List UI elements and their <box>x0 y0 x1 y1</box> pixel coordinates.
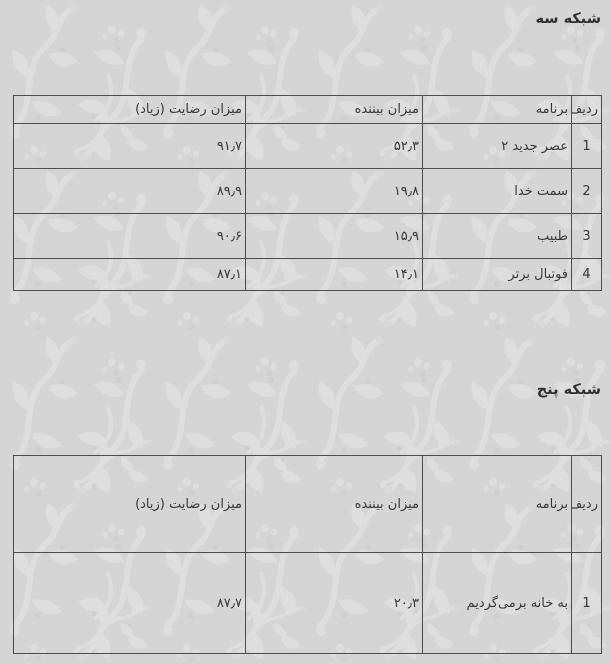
cell-viewers: ۲۰٫۳ <box>246 553 423 654</box>
cell-satisfaction: ۹۱٫۷ <box>14 124 246 169</box>
table-row: 2 سمت خدا ۱۹٫۸ ۸۹٫۹ <box>14 169 602 214</box>
cell-row-number: 3 <box>572 214 602 259</box>
channel-five-ratings-table: ردیف برنامه میزان بیننده میزان رضایت (زی… <box>13 455 602 654</box>
cell-program: به خانه برمی‌گردیم <box>423 553 572 654</box>
cell-row-number: 4 <box>572 259 602 291</box>
column-header-satisfaction: میزان رضایت (زیاد) <box>14 456 246 553</box>
cell-row-number: 1 <box>572 124 602 169</box>
column-header-program: برنامه <box>423 456 572 553</box>
cell-viewers: ۱۴٫۱ <box>246 259 423 291</box>
cell-viewers: ۱۵٫۹ <box>246 214 423 259</box>
cell-program: سمت خدا <box>423 169 572 214</box>
column-header-row-number: ردیف <box>572 456 602 553</box>
cell-program: فوتبال برتر <box>423 259 572 291</box>
column-header-viewers: میزان بیننده <box>246 456 423 553</box>
column-header-row-number: ردیف <box>572 96 602 124</box>
table-header-row: ردیف برنامه میزان بیننده میزان رضایت (زی… <box>14 96 602 124</box>
cell-row-number: 2 <box>572 169 602 214</box>
table-row: 1 به خانه برمی‌گردیم ۲۰٫۳ ۸۷٫۷ <box>14 553 602 654</box>
table-row: 3 طبیب ۱۵٫۹ ۹۰٫۶ <box>14 214 602 259</box>
section-title-channel-five: شبکه پنج <box>537 382 601 398</box>
report-page: شبکه سه ردیف برنامه میزان بیننده میزان ر… <box>0 0 611 664</box>
column-header-program: برنامه <box>423 96 572 124</box>
cell-satisfaction: ۹۰٫۶ <box>14 214 246 259</box>
column-header-satisfaction: میزان رضایت (زیاد) <box>14 96 246 124</box>
section-title-channel-three: شبکه سه <box>535 11 601 27</box>
table-header-row: ردیف برنامه میزان بیننده میزان رضایت (زی… <box>14 456 602 553</box>
cell-satisfaction: ۸۷٫۱ <box>14 259 246 291</box>
table-row: 4 فوتبال برتر ۱۴٫۱ ۸۷٫۱ <box>14 259 602 291</box>
column-header-viewers: میزان بیننده <box>246 96 423 124</box>
cell-satisfaction: ۸۹٫۹ <box>14 169 246 214</box>
cell-viewers: ۱۹٫۸ <box>246 169 423 214</box>
cell-satisfaction: ۸۷٫۷ <box>14 553 246 654</box>
cell-row-number: 1 <box>572 553 602 654</box>
cell-viewers: ۵۲٫۳ <box>246 124 423 169</box>
cell-program: عصر جدید ۲ <box>423 124 572 169</box>
table-row: 1 عصر جدید ۲ ۵۲٫۳ ۹۱٫۷ <box>14 124 602 169</box>
cell-program: طبیب <box>423 214 572 259</box>
channel-three-ratings-table: ردیف برنامه میزان بیننده میزان رضایت (زی… <box>13 95 602 291</box>
